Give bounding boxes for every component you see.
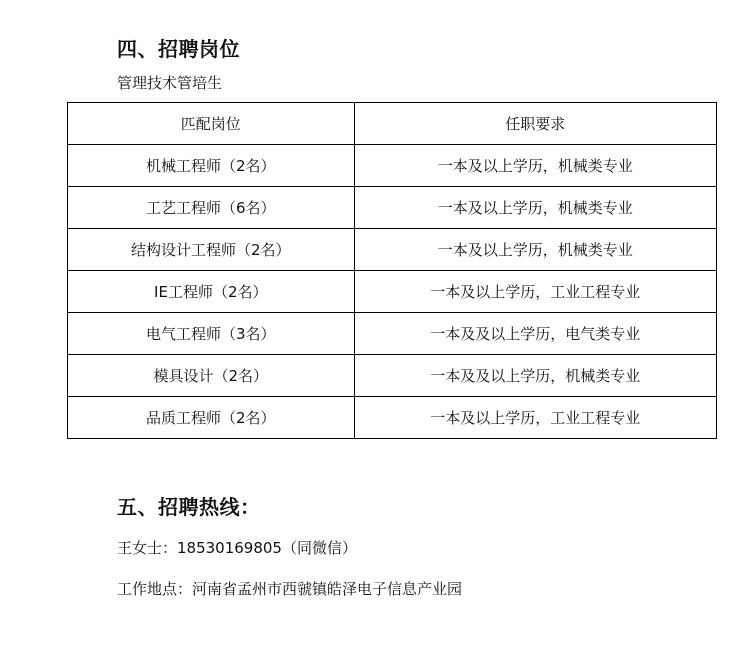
table-row: 品质工程师（2名） 一本及以上学历，工业工程专业 [68, 397, 717, 439]
column-header-position: 匹配岗位 [68, 103, 355, 145]
table-row: 模具设计（2名） 一本及及以上学历，机械类专业 [68, 355, 717, 397]
position-cell: 工艺工程师（6名） [68, 187, 355, 229]
requirement-cell: 一本及及以上学历，机械类专业 [354, 355, 716, 397]
section-heading-hotline: 五、招聘热线： [117, 491, 261, 520]
table-row: 机械工程师（2名） 一本及以上学历，机械类专业 [68, 145, 717, 187]
section-subheading: 管理技术管培生 [117, 72, 222, 93]
requirement-cell: 一本及以上学历，工业工程专业 [354, 271, 716, 313]
contact-phone: 王女士：18530169805（同微信） [117, 537, 357, 558]
position-cell: 品质工程师（2名） [68, 397, 355, 439]
work-address: 工作地点：河南省孟州市西虢镇皓泽电子信息产业园 [117, 578, 462, 599]
position-cell: 机械工程师（2名） [68, 145, 355, 187]
position-cell: 结构设计工程师（2名） [68, 229, 355, 271]
requirement-cell: 一本及以上学历，机械类专业 [354, 187, 716, 229]
column-header-requirement: 任职要求 [354, 103, 716, 145]
table-header-row: 匹配岗位 任职要求 [68, 103, 717, 145]
table-row: 结构设计工程师（2名） 一本及以上学历，机械类专业 [68, 229, 717, 271]
section-heading-positions: 四、招聘岗位 [117, 33, 240, 62]
position-cell: 电气工程师（3名） [68, 313, 355, 355]
table-row: 电气工程师（3名） 一本及及以上学历，电气类专业 [68, 313, 717, 355]
requirement-cell: 一本及以上学历，机械类专业 [354, 229, 716, 271]
requirement-cell: 一本及及以上学历，电气类专业 [354, 313, 716, 355]
positions-table: 匹配岗位 任职要求 机械工程师（2名） 一本及以上学历，机械类专业 工艺工程师（… [67, 102, 717, 439]
position-cell: 模具设计（2名） [68, 355, 355, 397]
table-row: 工艺工程师（6名） 一本及以上学历，机械类专业 [68, 187, 717, 229]
table-row: IE工程师（2名） 一本及以上学历，工业工程专业 [68, 271, 717, 313]
requirement-cell: 一本及以上学历，机械类专业 [354, 145, 716, 187]
position-cell: IE工程师（2名） [68, 271, 355, 313]
requirement-cell: 一本及以上学历，工业工程专业 [354, 397, 716, 439]
